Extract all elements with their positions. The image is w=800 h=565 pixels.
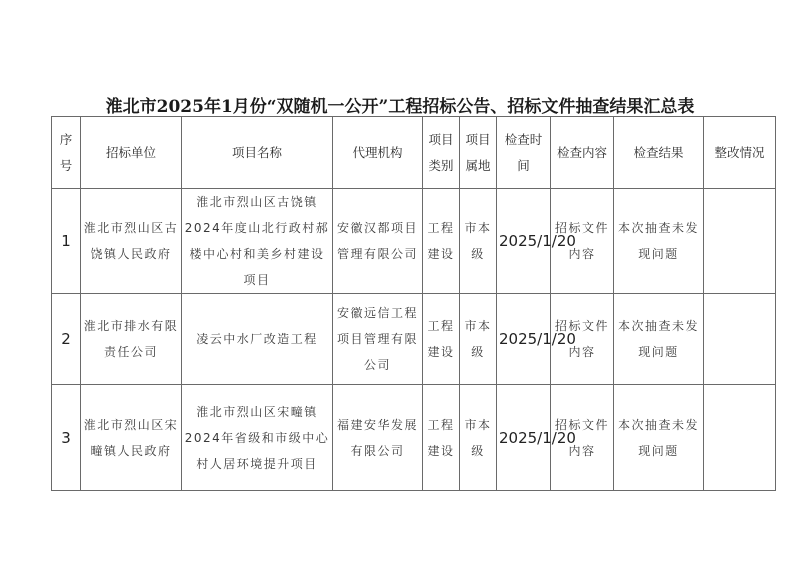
cell-project-location: 市本级 [460,189,497,294]
cell-rectification [704,189,776,294]
cell-rectification [704,294,776,385]
cell-seq: 1 [52,189,81,294]
cell-check-result: 本次抽查未发现问题 [614,385,704,491]
header-project-location-line1: 项目 [462,127,494,153]
table-header-row: 序号 招标单位 项目名称 代理机构 项目 类别 项目 属地 检查时 间 检查内容… [52,117,776,189]
cell-project-type: 工程建设 [423,294,460,385]
cell-project-location: 市本级 [460,385,497,491]
header-tenderer: 招标单位 [81,117,182,189]
header-project-location-line2: 属地 [462,153,494,179]
results-summary-table: 序号 招标单位 项目名称 代理机构 项目 类别 项目 属地 检查时 间 检查内容… [51,116,776,491]
cell-check-time: 2025/1/20 [497,189,551,294]
header-check-time-line1: 检查时 [499,127,548,153]
cell-tenderer: 淮北市排水有限责任公司 [81,294,182,385]
header-project-name: 项目名称 [182,117,333,189]
table-row: 1 淮北市烈山区古饶镇人民政府 淮北市烈山区古饶镇2024年度山北行政村郝楼中心… [52,189,776,294]
cell-project-name: 淮北市烈山区宋疃镇2024年省级和市级中心村人居环境提升项目 [182,385,333,491]
header-project-type-line1: 项目 [425,127,457,153]
header-check-result: 检查结果 [614,117,704,189]
cell-project-type: 工程建设 [423,189,460,294]
cell-check-result: 本次抽查未发现问题 [614,294,704,385]
cell-check-time: 2025/1/20 [497,385,551,491]
table-row: 3 淮北市烈山区宋疃镇人民政府 淮北市烈山区宋疃镇2024年省级和市级中心村人居… [52,385,776,491]
cell-agency: 安徽远信工程项目管理有限公司 [333,294,423,385]
cell-project-name: 凌云中水厂改造工程 [182,294,333,385]
header-project-type-line2: 类别 [425,153,457,179]
header-rectification: 整改情况 [704,117,776,189]
cell-project-type: 工程建设 [423,385,460,491]
header-seq: 序号 [52,117,81,189]
header-check-time: 检查时 间 [497,117,551,189]
cell-project-location: 市本级 [460,294,497,385]
cell-tenderer: 淮北市烈山区宋疃镇人民政府 [81,385,182,491]
cell-rectification [704,385,776,491]
cell-check-time: 2025/1/20 [497,294,551,385]
header-project-location: 项目 属地 [460,117,497,189]
page-title: 淮北市2025年1月份“双随机一公开”工程招标公告、招标文件抽查结果汇总表 [0,92,800,117]
cell-agency: 安徽汉都项目管理有限公司 [333,189,423,294]
cell-seq: 2 [52,294,81,385]
cell-agency: 福建安华发展有限公司 [333,385,423,491]
header-agency: 代理机构 [333,117,423,189]
cell-check-result: 本次抽查未发现问题 [614,189,704,294]
cell-project-name: 淮北市烈山区古饶镇2024年度山北行政村郝楼中心村和美乡村建设项目 [182,189,333,294]
cell-tenderer: 淮北市烈山区古饶镇人民政府 [81,189,182,294]
header-project-type: 项目 类别 [423,117,460,189]
cell-seq: 3 [52,385,81,491]
header-check-content: 检查内容 [551,117,614,189]
table-row: 2 淮北市排水有限责任公司 凌云中水厂改造工程 安徽远信工程项目管理有限公司 工… [52,294,776,385]
header-check-time-line2: 间 [499,153,548,179]
